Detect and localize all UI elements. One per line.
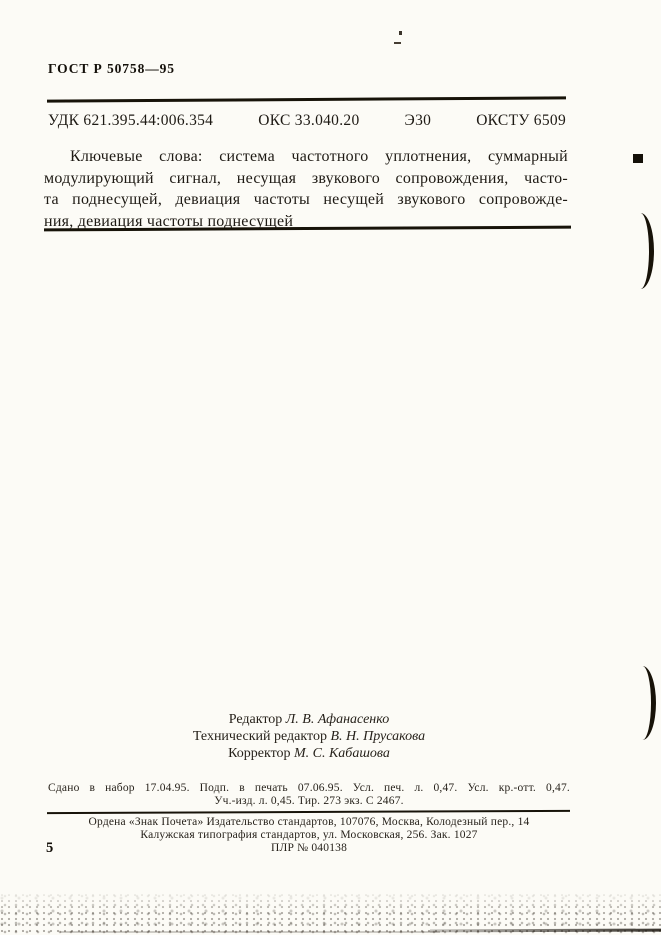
editor-name: В. Н. Прусакова: [330, 729, 425, 744]
imprint-line: Уч.-изд. л. 0,45. Тир. 273 экз. С 2467.: [48, 795, 570, 808]
editor-role: Технический редактор: [193, 729, 327, 744]
editors-block: Редактор Л. В. Афанасенко Технический ре…: [48, 711, 570, 762]
udk-code: УДК 621.395.44:006.354: [48, 112, 213, 130]
classification-row: УДК 621.395.44:006.354 ОКС 33.040.20 Э30…: [48, 112, 566, 130]
publisher-line: ПЛР № 040138: [48, 842, 570, 855]
page-number: 5: [46, 840, 53, 857]
scan-artifact-square: [633, 154, 643, 163]
editor-name: Л. В. Афанасенко: [286, 712, 389, 727]
binding-curve-bottom: [629, 666, 656, 740]
okstu-code: ОКСТУ 6509: [476, 112, 566, 130]
subject-index-code: Э30: [405, 112, 432, 130]
editor-line: Технический редактор В. Н. Прусакова: [48, 728, 570, 745]
oks-code: ОКС 33.040.20: [258, 112, 359, 130]
keywords-line: Ключевые слова: система частотного уплот…: [44, 146, 568, 168]
publisher-line: Ордена «Знак Почета» Издательство станда…: [48, 816, 570, 829]
scan-speck-dash: [394, 42, 401, 44]
scan-speck-dot: [399, 31, 402, 35]
editor-line: Корректор М. С. Кабашова: [48, 745, 570, 762]
keywords-line: модулирующий сигнал, несущая звукового с…: [44, 168, 568, 190]
publisher-block: Ордена «Знак Почета» Издательство станда…: [48, 816, 570, 855]
binding-curve-top: [627, 213, 654, 289]
document-page: ГОСТ Р 50758—95 УДК 621.395.44:006.354 О…: [0, 0, 661, 935]
keywords-line: та поднесущей, девиация частоты несущей …: [44, 189, 568, 211]
header-rule: [47, 96, 566, 102]
editor-role: Корректор: [228, 746, 290, 761]
keywords-paragraph: Ключевые слова: система частотного уплот…: [44, 146, 568, 232]
editor-name: М. С. Кабашова: [294, 746, 390, 761]
imprint-rule: [47, 810, 570, 814]
scan-streak-left: [60, 931, 440, 933]
standard-code-header: ГОСТ Р 50758—95: [48, 61, 175, 77]
imprint-line: Сдано в набор 17.04.95. Подп. в печать 0…: [48, 782, 570, 795]
publisher-line: Калужская типография стандартов, ул. Мос…: [48, 829, 570, 842]
imprint-block: Сдано в набор 17.04.95. Подп. в печать 0…: [48, 782, 570, 808]
editor-line: Редактор Л. В. Афанасенко: [48, 711, 570, 728]
editor-role: Редактор: [229, 712, 283, 727]
